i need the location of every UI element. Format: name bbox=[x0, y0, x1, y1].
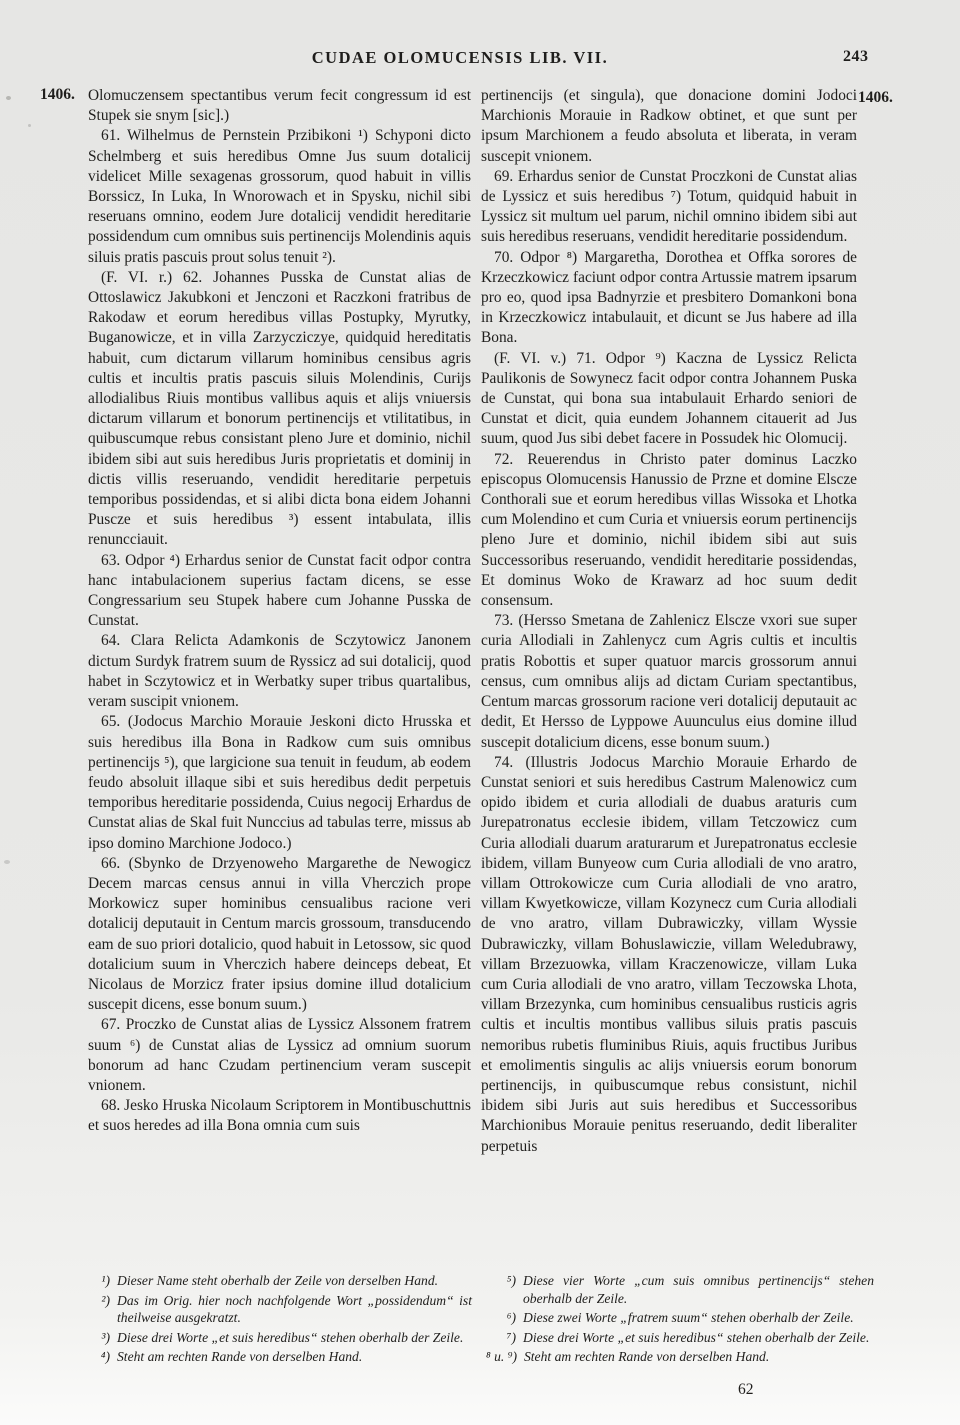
footnote-item: ⁵) Diese vier Worte „cum suis omnibus pe… bbox=[486, 1272, 874, 1307]
footnote-marker: ⁴) bbox=[80, 1348, 117, 1366]
footnote-text: Diese drei Worte „et suis heredibus“ ste… bbox=[117, 1329, 472, 1347]
scan-speck bbox=[4, 860, 10, 864]
footnote-text: Diese drei Worte „et suis heredibus“ ste… bbox=[523, 1329, 874, 1347]
footnotes-left: ¹) Dieser Name steht oberhalb der Zeile … bbox=[80, 1272, 472, 1368]
paragraph-72: 72. Reuerendus in Christo pater dominus … bbox=[481, 450, 857, 612]
paragraph-68-continuation: pertinencijs (et singula), que donacione… bbox=[481, 86, 857, 167]
footnote-marker: ⁵) bbox=[486, 1272, 523, 1307]
paragraph-61: 61. Wilhelmus de Pernstein Przibikoni ¹)… bbox=[88, 126, 471, 267]
scan-speck bbox=[6, 96, 11, 100]
paragraph-62: (F. VI. r.) 62. Johannes Pusska de Cunst… bbox=[88, 268, 471, 551]
footnote-text: Diese zwei Worte „fratrem suum“ stehen o… bbox=[523, 1309, 874, 1327]
footnote-item: ⁶) Diese zwei Worte „fratrem suum“ stehe… bbox=[486, 1309, 874, 1327]
footnote-marker: ⁷) bbox=[486, 1329, 523, 1347]
left-column: Olomuczensem spectantibus verum fecit co… bbox=[88, 86, 471, 1266]
paragraph-63: 63. Odpor ⁴) Erhardus senior de Cunstat … bbox=[88, 551, 471, 632]
footnote-item: ⁴) Steht am rechten Rande von derselben … bbox=[80, 1348, 472, 1366]
footnote-marker: ⁸ u. ⁹) bbox=[486, 1348, 524, 1366]
paragraph-67: 67. Proczko de Cunstat alias de Lyssicz … bbox=[88, 1015, 471, 1096]
footnote-text: Diese vier Worte „cum suis omnibus perti… bbox=[523, 1272, 874, 1307]
footnote-text: Steht am rechten Rande von derselben Han… bbox=[117, 1348, 472, 1366]
footnote-text: Das im Orig. hier noch nachfolgende Wort… bbox=[117, 1292, 472, 1327]
footnote-item: ⁸ u. ⁹) Steht am rechten Rande von derse… bbox=[486, 1348, 874, 1366]
footnote-marker: ¹) bbox=[80, 1272, 117, 1290]
scan-speck bbox=[28, 124, 31, 127]
footnote-text: Steht am rechten Rande von derselben Han… bbox=[524, 1348, 874, 1366]
book-page: CUDAE OLOMUCENSIS LIB. VII. 243 1406. 14… bbox=[0, 0, 960, 1425]
footnote-marker: ³) bbox=[80, 1329, 117, 1347]
page-number: 243 bbox=[843, 48, 869, 66]
paragraph-71: (F. VI. v.) 71. Odpor ⁹) Kaczna de Lyssi… bbox=[481, 349, 857, 450]
paragraph-66: 66. (Sbynko de Drzyenoweho Margarethe de… bbox=[88, 854, 471, 1016]
footnotes-right: ⁵) Diese vier Worte „cum suis omnibus pe… bbox=[486, 1272, 874, 1368]
footnote-item: ³) Diese drei Worte „et suis heredibus“ … bbox=[80, 1329, 472, 1347]
paragraph-73: 73. (Hersso Smetana de Zahlenicz Elscze … bbox=[481, 611, 857, 752]
paragraph-64: 64. Clara Relicta Adamkonis de Sczytowic… bbox=[88, 631, 471, 712]
margin-year-right: 1406. bbox=[858, 89, 893, 107]
paragraph-continuation: Olomuczensem spectantibus verum fecit co… bbox=[88, 86, 471, 126]
signature-mark: 62 bbox=[738, 1381, 754, 1399]
running-head-title: CUDAE OLOMUCENSIS LIB. VII. bbox=[0, 48, 920, 68]
paragraph-68: 68. Jesko Hruska Nicolaum Scriptorem in … bbox=[88, 1096, 471, 1136]
paragraph-74: 74. (Illustris Jodocus Marchio Morauie E… bbox=[481, 753, 857, 1157]
footnote-marker: ²) bbox=[80, 1292, 117, 1327]
right-column: pertinencijs (et singula), que donacione… bbox=[481, 86, 857, 1266]
footnote-item: ¹) Dieser Name steht oberhalb der Zeile … bbox=[80, 1272, 472, 1290]
paragraph-69: 69. Erhardus senior de Cunstat Proczkoni… bbox=[481, 167, 857, 248]
footnote-text: Dieser Name steht oberhalb der Zeile von… bbox=[117, 1272, 472, 1290]
footnote-item: ²) Das im Orig. hier noch nachfolgende W… bbox=[80, 1292, 472, 1327]
paragraph-65: 65. (Jodocus Marchio Morauie Jeskoni dic… bbox=[88, 712, 471, 853]
margin-year-left: 1406. bbox=[40, 86, 75, 104]
paragraph-70: 70. Odpor ⁸) Margaretha, Dorothea et Off… bbox=[481, 248, 857, 349]
footnote-marker: ⁶) bbox=[486, 1309, 523, 1327]
footnote-item: ⁷) Diese drei Worte „et suis heredibus“ … bbox=[486, 1329, 874, 1347]
